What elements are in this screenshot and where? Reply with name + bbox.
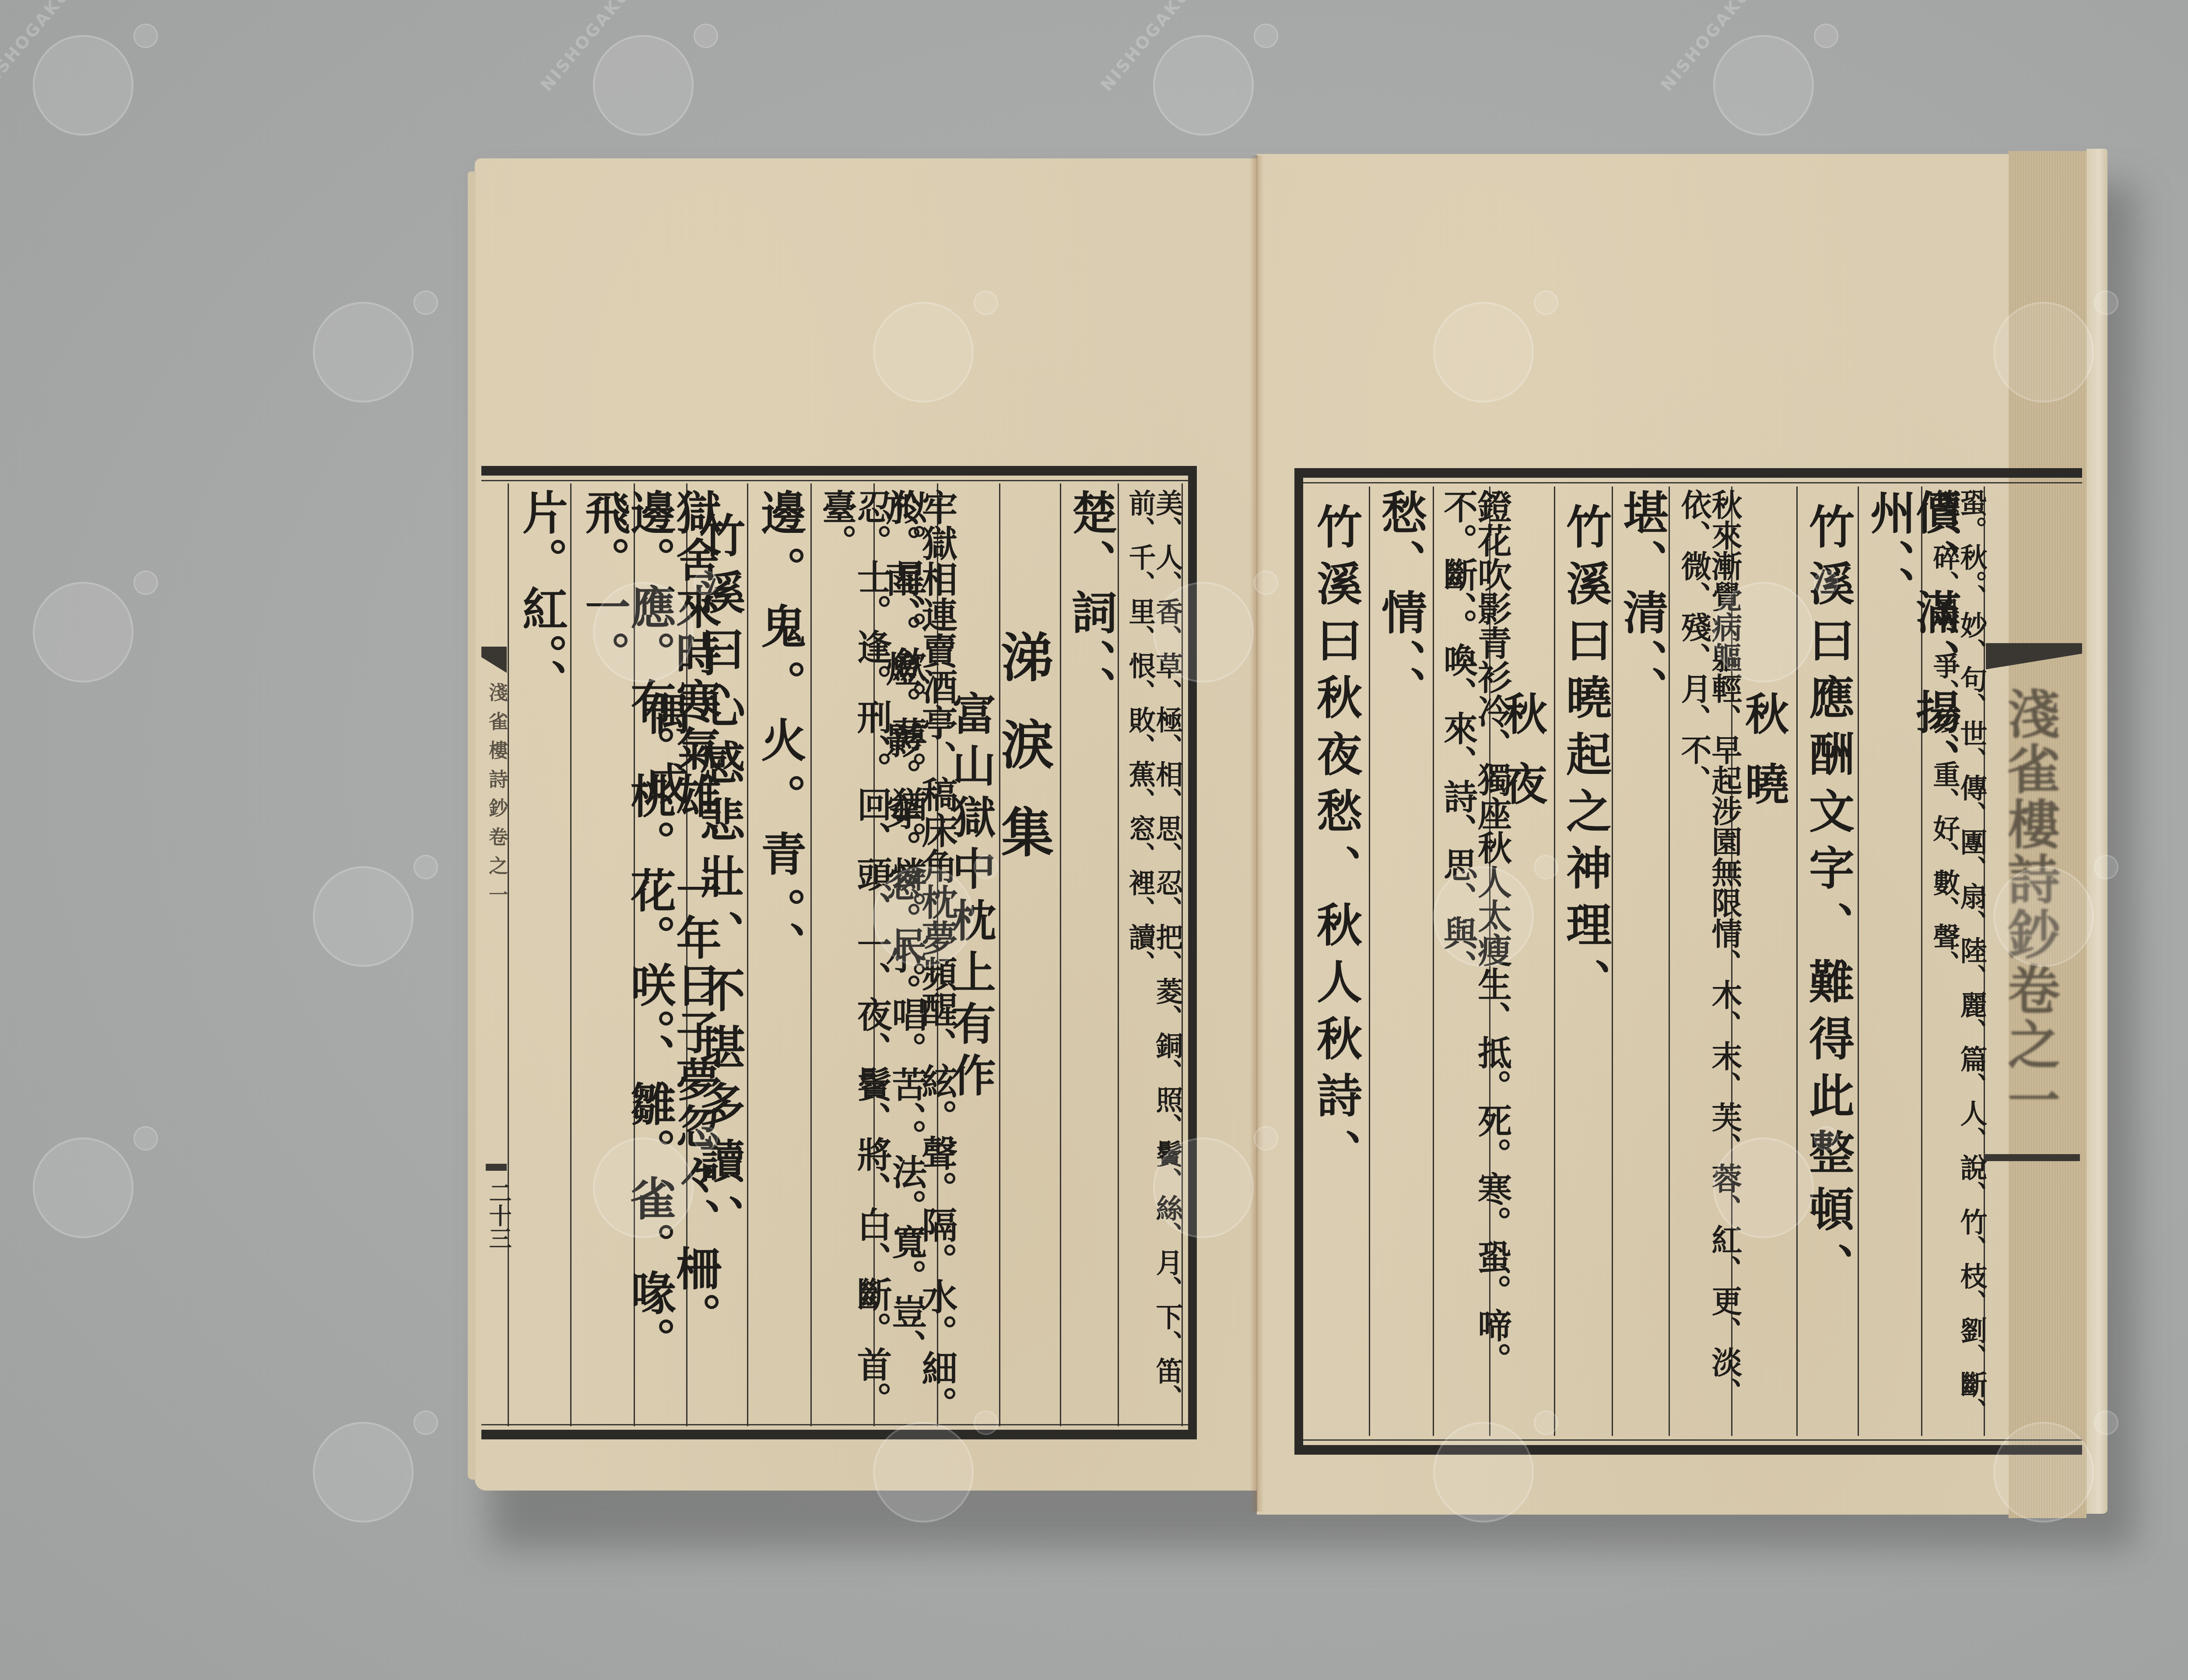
margin-bar bbox=[1984, 1154, 2080, 1161]
column-rule bbox=[570, 483, 572, 1426]
watermark-logo-icon: NISHOGAKUSHA bbox=[593, 35, 694, 136]
watermark-logo-icon bbox=[33, 1137, 133, 1238]
text-column: 堪、清、、 bbox=[1619, 489, 1665, 752]
left-margin-title: 淺雀樓詩鈔卷之一 bbox=[487, 682, 506, 913]
watermark-logo-icon: NISHOGAKUSHA bbox=[1153, 35, 1254, 136]
watermark-logo-icon bbox=[1433, 1422, 1534, 1522]
watermark-logo-icon bbox=[1993, 1422, 2094, 1522]
watermark-logo-icon bbox=[873, 302, 974, 402]
column-rule bbox=[1858, 486, 1859, 1436]
watermark-logo-icon bbox=[1433, 866, 1534, 967]
column-rule bbox=[1118, 483, 1119, 1426]
watermark-logo-icon bbox=[313, 1422, 414, 1522]
column-rule bbox=[1433, 486, 1434, 1436]
watermark-logo-icon bbox=[593, 1137, 694, 1238]
column-rule bbox=[1060, 483, 1061, 1426]
watermark-logo-icon bbox=[1993, 866, 2094, 967]
watermark-logo-icon bbox=[1153, 1137, 1254, 1238]
margin-bar bbox=[486, 1164, 507, 1171]
watermark-logo-icon bbox=[33, 582, 133, 682]
column-rule bbox=[508, 483, 509, 1426]
text-column: 愁、情、、 bbox=[1378, 489, 1423, 839]
commentary-column: 竹溪曰心感悲壯、不堪多讀、 bbox=[696, 512, 741, 1431]
watermark-logo-icon bbox=[593, 582, 694, 682]
text-column: 楚、詞、、 bbox=[1068, 489, 1113, 752]
text-column: 蛩。秋。、妙、句、世、傳、團、扇、陸、麗、篇、人、說、竹、枝、劉、斷、箋、碎、墨… bbox=[1931, 489, 1985, 1434]
commentary-column: 竹溪曰秋夜愁、秋人秋詩、 bbox=[1313, 503, 1358, 1422]
watermark-logo-icon bbox=[1153, 582, 1254, 682]
column-rule bbox=[1369, 486, 1370, 1436]
text-column: 邊。鬼。火。青。、 bbox=[757, 489, 803, 1425]
watermark-logo-icon bbox=[1713, 582, 1814, 682]
column-rule bbox=[810, 483, 812, 1426]
section-title: 涕淚集 bbox=[997, 630, 1049, 1024]
poem-title: 偶成 bbox=[642, 691, 685, 910]
column-rule bbox=[1554, 486, 1555, 1436]
watermark-logo-icon bbox=[313, 866, 414, 967]
watermark-logo-icon bbox=[873, 866, 974, 967]
poem-title: 秋曉 bbox=[1742, 691, 1785, 910]
watermark-logo-icon bbox=[1433, 302, 1534, 402]
watermark-logo-icon bbox=[1713, 1137, 1814, 1238]
watermark-logo-icon bbox=[313, 302, 414, 402]
watermark-logo-icon: NISHOGAKUSHA bbox=[1713, 35, 1814, 136]
watermark-logo-icon bbox=[873, 1422, 974, 1522]
book-gutter bbox=[1250, 155, 1264, 1512]
column-rule bbox=[747, 483, 748, 1426]
text-column: 片。紅。、 bbox=[519, 489, 564, 1425]
watermark-logo-icon: NISHOGAKUSHA bbox=[33, 35, 133, 136]
commentary-column: 竹溪曰曉起之神理、 bbox=[1562, 503, 1608, 1291]
page-number: 二十三 bbox=[487, 1181, 509, 1249]
watermark-logo-icon bbox=[1993, 302, 2094, 402]
